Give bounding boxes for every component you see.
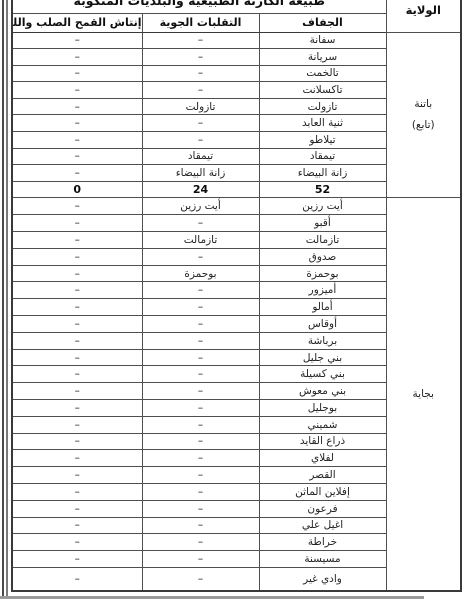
drought-cell: أميزور [259,282,386,299]
wilaya-label-line: (تابع) [387,115,461,136]
table-body: باتنة(تابع)سفانة––سريانة––تالخمت––تاكسلا… [12,32,461,591]
weather-cell: – [142,316,259,333]
drought-cell: تاكسلانت [259,82,386,99]
wheat-cell: – [12,316,142,333]
drought-cell: بوحمزة [259,265,386,282]
drought-cell: صدوق [259,248,386,265]
wheat-cell: – [12,383,142,400]
drought-cell: زانة البيضاء [259,165,386,182]
scan-edge-line-inner [6,0,8,599]
weather-cell: بوحمزة [142,265,259,282]
weather-cell: – [142,32,259,49]
wheat-cell: – [12,132,142,149]
weather-cell: – [142,450,259,467]
wilaya-cell: باتنة(تابع) [386,32,461,198]
wheat-cell: – [12,567,142,591]
wheat-cell: – [12,65,142,82]
drought-cell: فرعون [259,500,386,517]
total-wheat-cell: 0 [12,181,142,198]
wilaya-column-header: الولاية [386,0,461,32]
weather-column-header: التقلبات الجوية [142,13,259,32]
total-weather-cell: 24 [142,181,259,198]
drought-cell: اغيل علي [259,517,386,534]
wheat-cell: – [12,265,142,282]
weather-cell: – [142,282,259,299]
drought-cell: أمالو [259,299,386,316]
drought-cell: بني كسيلة [259,366,386,383]
weather-cell: – [142,433,259,450]
drought-cell: تيمقاد [259,148,386,165]
drought-cell: سريانة [259,49,386,66]
wheat-cell: – [12,366,142,383]
wheat-cell: – [12,82,142,99]
drought-cell: بني معوش [259,383,386,400]
wheat-cell: – [12,49,142,66]
weather-cell: أيت رزين [142,198,259,215]
wilaya-cell: بجاية [386,198,461,592]
weather-cell: – [142,132,259,149]
wheat-cell: – [12,534,142,551]
weather-cell: – [142,215,259,232]
drought-cell: تالخمت [259,65,386,82]
weather-cell: – [142,517,259,534]
wheat-cell: – [12,483,142,500]
weather-cell: تيمقاد [142,148,259,165]
weather-cell: – [142,467,259,484]
weather-cell: زانة البيضاء [142,165,259,182]
title-row: الولاية طبيعة الكارثة الطبيعية والبلديات… [12,0,461,13]
weather-cell: – [142,500,259,517]
drought-cell: وادي غير [259,567,386,591]
drought-cell: شميني [259,416,386,433]
drought-cell: تازمالت [259,232,386,249]
weather-cell: – [142,115,259,132]
weather-cell: – [142,49,259,66]
wheat-cell: – [12,433,142,450]
drought-cell: برباشة [259,332,386,349]
wheat-cell: – [12,32,142,49]
weather-cell: – [142,299,259,316]
table-title-cell: طبيعة الكارثة الطبيعية والبلديات المنكوب… [12,0,386,13]
wheat-cell: – [12,299,142,316]
wilaya-label-line: باتنة [387,94,461,115]
weather-cell: – [142,383,259,400]
weather-cell: – [142,248,259,265]
drought-cell: بني جليل [259,349,386,366]
weather-cell: – [142,483,259,500]
wheat-cell: – [12,215,142,232]
disaster-communes-table: الولاية طبيعة الكارثة الطبيعية والبلديات… [11,0,462,592]
wheat-cell: – [12,332,142,349]
weather-cell: تازولت [142,98,259,115]
drought-cell: ذراع القايد [259,433,386,450]
weather-cell: – [142,400,259,417]
weather-cell: – [142,534,259,551]
weather-cell: – [142,551,259,568]
drought-column-header: الجفاف [259,13,386,32]
drought-cell: مسيسنة [259,551,386,568]
wheat-cell: – [12,98,142,115]
wheat-cell: – [12,115,142,132]
table-row: باتنة(تابع)سفانة–– [12,32,461,49]
wheat-cell: – [12,232,142,249]
wheat-cell: – [12,198,142,215]
drought-cell: تازولت [259,98,386,115]
drought-cell: تيلاطو [259,132,386,149]
drought-cell: لفلاي [259,450,386,467]
wilaya-label-line: بجاية [387,384,461,405]
scanned-page: { "table": { "title_partial": "طبيعة الك… [0,0,465,599]
drought-cell: خراطة [259,534,386,551]
weather-cell: – [142,366,259,383]
wheat-cell: – [12,349,142,366]
wheat-cell: – [12,148,142,165]
drought-cell: أوقاس [259,316,386,333]
table-head: الولاية طبيعة الكارثة الطبيعية والبلديات… [12,0,461,32]
wheat-cell: – [12,248,142,265]
drought-cell: سفانة [259,32,386,49]
drought-cell: إفلاين الماثن [259,483,386,500]
table-title: طبيعة الكارثة الطبيعية والبلديات المنكوب… [13,0,386,8]
wheat-cell: – [12,165,142,182]
drought-cell: أيت رزين [259,198,386,215]
weather-cell: – [142,349,259,366]
wheat-cell: – [12,282,142,299]
wheat-cell: – [12,500,142,517]
weather-cell: – [142,65,259,82]
weather-cell: – [142,82,259,99]
wheat-cell: – [12,400,142,417]
drought-cell: القصر [259,467,386,484]
weather-cell: تازمالت [142,232,259,249]
table-row: بجايةأيت رزينأيت رزين– [12,198,461,215]
drought-cell: ثنية العابد [259,115,386,132]
weather-cell: – [142,416,259,433]
drought-cell: أقبو [259,215,386,232]
wheat-cell: – [12,450,142,467]
scan-edge-line-outer [2,0,4,599]
wheat-column-header: إنتاش القمح الصلب واللين [12,13,142,32]
title-clip: طبيعة الكارثة الطبيعية والبلديات المنكوب… [13,0,386,12]
drought-cell: بوجليل [259,400,386,417]
wheat-cell: – [12,416,142,433]
wheat-cell: – [12,467,142,484]
total-drought-cell: 52 [259,181,386,198]
wheat-cell: – [12,517,142,534]
weather-cell: – [142,332,259,349]
wheat-cell: – [12,551,142,568]
weather-cell: – [142,567,259,591]
